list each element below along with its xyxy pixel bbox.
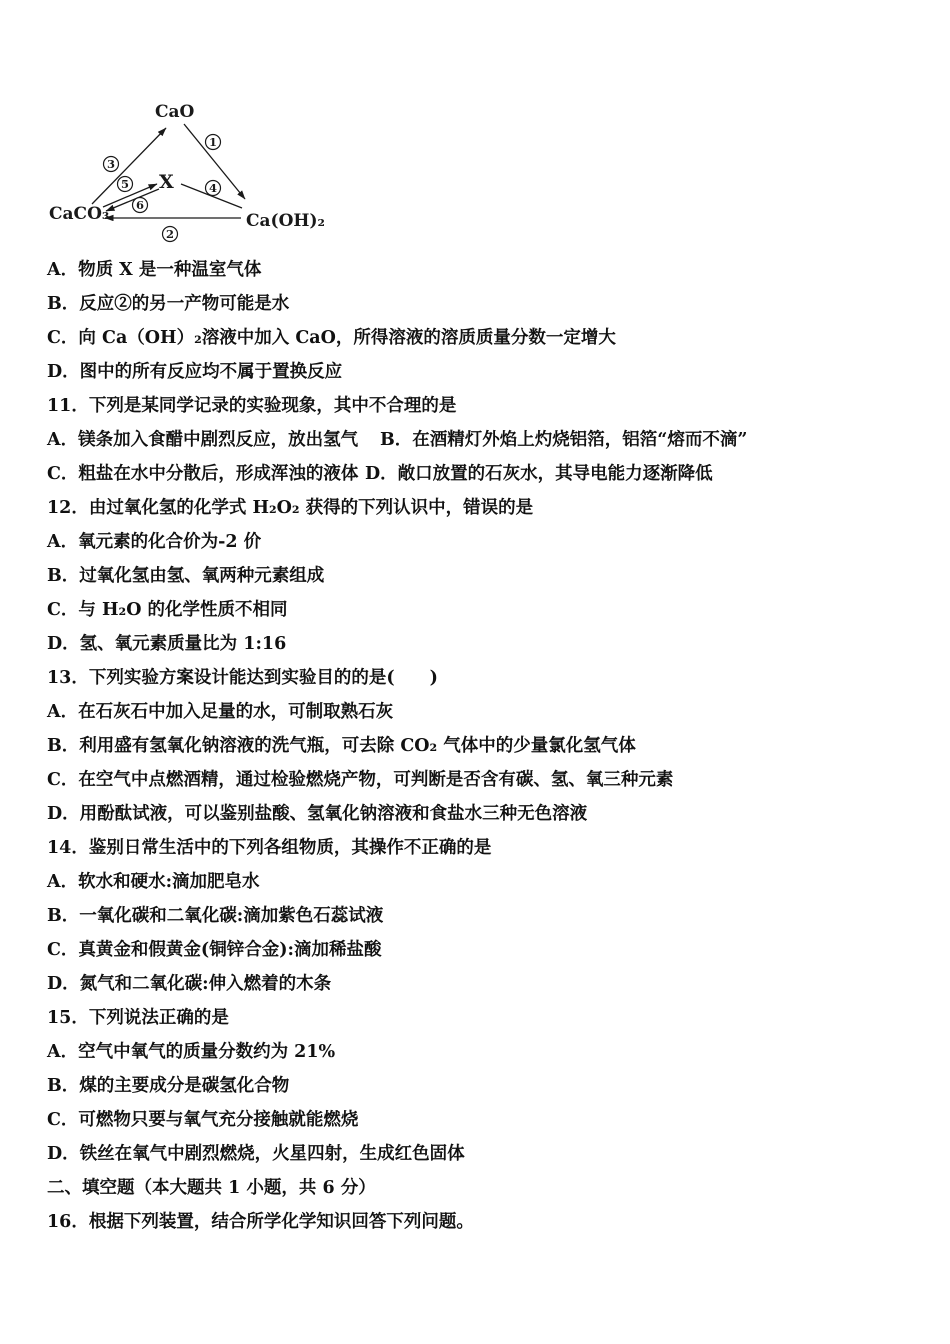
q10-option-a: A．物质 X 是一种温室气体: [47, 253, 917, 287]
step-5-number: 5: [121, 177, 129, 191]
q10-option-c: C．向 Ca（OH）₂溶液中加入 CaO，所得溶液的溶质质量分数一定增大: [47, 321, 917, 355]
step-6-badge: 6: [133, 198, 148, 213]
node-caoh2: Ca(OH)₂: [246, 211, 325, 231]
q12-option-d: D．氢、氧元素质量比为 1:16: [47, 627, 917, 661]
q15-option-b: B．煤的主要成分是碳氢化合物: [47, 1069, 917, 1103]
q14-option-b: B．一氧化碳和二氧化碳:滴加紫色石蕊试液: [47, 899, 917, 933]
q14-stem: 14．鉴别日常生活中的下列各组物质，其操作不正确的是: [47, 831, 917, 865]
step-5-badge: 5: [118, 177, 133, 192]
q14-option-a: A．软水和硬水:滴加肥皂水: [47, 865, 917, 899]
q13-option-d: D．用酚酞试液，可以鉴别盐酸、氢氧化钠溶液和食盐水三种无色溶液: [47, 797, 917, 831]
q12-stem: 12．由过氧化氢的化学式 H₂O₂ 获得的下列认识中，错误的是: [47, 491, 917, 525]
q11-option-c: C．粗盐在水中分散后，形成浑浊的液体: [47, 464, 358, 484]
q15-option-d: D．铁丝在氧气中剧烈燃烧，火星四射，生成红色固体: [47, 1137, 917, 1171]
question-text-block: A．物质 X 是一种温室气体 B．反应②的另一产物可能是水 C．向 Ca（OH）…: [47, 253, 917, 1239]
arrow-caco3-to-cao: [92, 128, 166, 204]
q11-option-b: B．在酒精灯外焰上灼烧铝箔，铝箔“熔而不滴”: [380, 423, 747, 457]
q16-stem: 16．根据下列装置，结合所学化学知识回答下列问题。: [47, 1205, 917, 1239]
q12-option-b: B．过氧化氢由氢、氧两种元素组成: [47, 559, 917, 593]
q11-option-d: D．敞口放置的石灰水，其导电能力逐渐降低: [365, 457, 713, 491]
q15-option-c: C．可燃物只要与氧气充分接触就能燃烧: [47, 1103, 917, 1137]
q13-option-c: C．在空气中点燃酒精，通过检验燃烧产物，可判断是否含有碳、氢、氧三种元素: [47, 763, 917, 797]
step-2-badge: 2: [163, 227, 178, 242]
q11-option-a: A．镁条加入食醋中剧烈反应，放出氢气: [47, 430, 358, 450]
node-caco3: CaCO₃: [49, 204, 109, 224]
node-x: X: [159, 171, 174, 193]
node-cao: CaO: [155, 102, 195, 122]
step-6-number: 6: [136, 198, 144, 212]
reaction-diagram: CaO CaCO₃ X Ca(OH)₂ 1 2 3 4 5 6: [40, 90, 340, 255]
q11-row-cd: C．粗盐在水中分散后，形成浑浊的液体 D．敞口放置的石灰水，其导电能力逐渐降低: [47, 457, 917, 491]
q13-option-b: B．利用盛有氢氧化钠溶液的洗气瓶，可去除 CO₂ 气体中的少量氯化氢气体: [47, 729, 917, 763]
q14-option-c: C．真黄金和假黄金(铜锌合金):滴加稀盐酸: [47, 933, 917, 967]
step-4-badge: 4: [206, 181, 221, 196]
q11-stem: 11．下列是某同学记录的实验现象，其中不合理的是: [47, 389, 917, 423]
step-4-number: 4: [209, 181, 217, 195]
step-1-number: 1: [209, 135, 217, 149]
exam-page: CaO CaCO₃ X Ca(OH)₂ 1 2 3 4 5 6: [0, 0, 950, 1344]
q13-option-a: A．在石灰石中加入足量的水，可制取熟石灰: [47, 695, 917, 729]
q10-option-d: D．图中的所有反应均不属于置换反应: [47, 355, 917, 389]
q14-option-d: D．氮气和二氧化碳:伸入燃着的木条: [47, 967, 917, 1001]
q10-option-b: B．反应②的另一产物可能是水: [47, 287, 917, 321]
section2-title: 二、填空题（本大题共 1 小题，共 6 分）: [47, 1171, 917, 1205]
q15-option-a: A．空气中氧气的质量分数约为 21%: [47, 1035, 917, 1069]
step-1-badge: 1: [206, 135, 221, 150]
q12-option-c: C．与 H₂O 的化学性质不相同: [47, 593, 917, 627]
step-3-number: 3: [107, 157, 115, 171]
q15-stem: 15．下列说法正确的是: [47, 1001, 917, 1035]
q13-stem: 13．下列实验方案设计能达到实验目的的是( ): [47, 661, 917, 695]
step-2-number: 2: [166, 227, 174, 241]
q11-row-ab: A．镁条加入食醋中剧烈反应，放出氢气 B．在酒精灯外焰上灼烧铝箔，铝箔“熔而不滴…: [47, 423, 917, 457]
q12-option-a: A．氧元素的化合价为-2 价: [47, 525, 917, 559]
step-3-badge: 3: [104, 157, 119, 172]
